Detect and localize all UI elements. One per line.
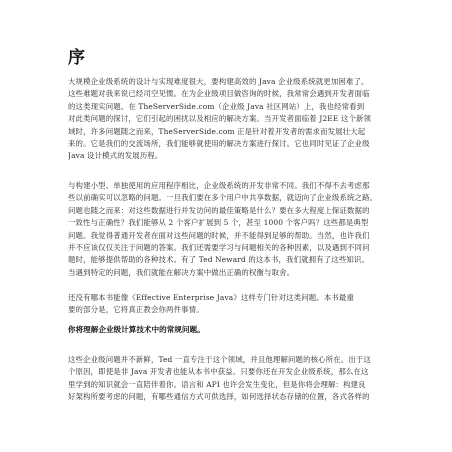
page-title: 序 xyxy=(68,48,85,68)
text-line: Java 设计模式的发展历程。 xyxy=(68,150,384,162)
text-line: 题时，能够提供帮助的各种技术。有了 Ted Neward 的这本书，我们就拥有了… xyxy=(68,254,384,266)
text-line: 当遇到特定的问题，我们就能在解决方案中做出正确的权衡与取舍。 xyxy=(68,267,384,279)
text-line: 与构建小型、单独使用的应用程序相比，企业级系统的开发非常不同。我们不得不去考虑那 xyxy=(68,180,384,192)
text-line: 问题也随之而来：对这些数据进行并发访问的最佳策略是什么？要在多大程度上保证数据的 xyxy=(68,205,384,217)
paragraph-3: 还没有哪本书能像《Effective Enterprise Java》这样专门针… xyxy=(68,292,384,317)
text-line: 个原因，即使是非 Java 开发者也能从本书中获益。只要你还在开发企业级系统，那… xyxy=(68,366,384,378)
text-line: 大规模企业级系统的设计与实现难度很大，要构建高效的 Java 企业级系统就更加困… xyxy=(68,76,384,88)
text-line: 里学到的知识就会一直陪伴着你。语言和 API 也许会发生变化，但是你将会理解：构… xyxy=(68,379,384,391)
paragraph-4: 这些企业级问题并不新鲜，Ted 一直专注于这个领域，并且他理解问题的核心所在。出… xyxy=(68,354,384,404)
text-line: 要的部分是，它将真正教会你两件事情。 xyxy=(68,304,384,316)
paragraph-1: 大规模企业级系统的设计与实现难度很大，要构建高效的 Java 企业级系统就更加困… xyxy=(68,76,384,163)
text-line: 一致性与正确性？我们能够从 2 个客户扩展到 5 个，甚至 1000 个客户吗？… xyxy=(68,217,384,229)
text-line: 问题。我觉得普通开发者在面对这些问题的时候，并不能得到足够的帮助。当然，也许我们 xyxy=(68,230,384,242)
section-heading: 你将理解企业级计算技术中的常规问题。 xyxy=(68,324,205,336)
text-line: 的这类现实问题。在 TheServerSide.com（企业级 Java 社区网… xyxy=(68,101,384,113)
paragraph-2: 与构建小型、单独使用的应用程序相比，企业级系统的开发非常不同。我们不得不去考虑那… xyxy=(68,180,384,279)
text-line: 来的。它是我们的交流场所，我们能够就使用的解决方案进行探讨。它也同时见证了企业级 xyxy=(68,138,384,150)
text-line: 这些难题对我来说已经司空见惯。在为企业级项目做咨询的时候，我常常会遇到开发者面临 xyxy=(68,88,384,100)
text-line: 好架构所要考虑的问题，有哪些通信方式可供选择，如何选择状态存储的位置，各式各样的 xyxy=(68,391,384,403)
text-line: 并不应该仅仅关注于问题的答案。我们还需要学习与问题相关的各种因素，以及遇到不同问 xyxy=(68,242,384,254)
text-line: 还没有哪本书能像《Effective Enterprise Java》这样专门针… xyxy=(68,292,384,304)
text-line: 域时，许多问题随之而来，TheServerSide.com 正是针对着开发者的需… xyxy=(68,126,384,138)
text-line: 对此类问题的探讨，它们引起的困扰以及相应的解决方案。当开发者面临着 J2EE 这… xyxy=(68,113,384,125)
text-line: 这些企业级问题并不新鲜，Ted 一直专注于这个领域，并且他理解问题的核心所在。出… xyxy=(68,354,384,366)
text-line: 些以前确实可以忽略的问题。一旦我们要在多个用户中共享数据，就迈向了企业级系统之路… xyxy=(68,192,384,204)
